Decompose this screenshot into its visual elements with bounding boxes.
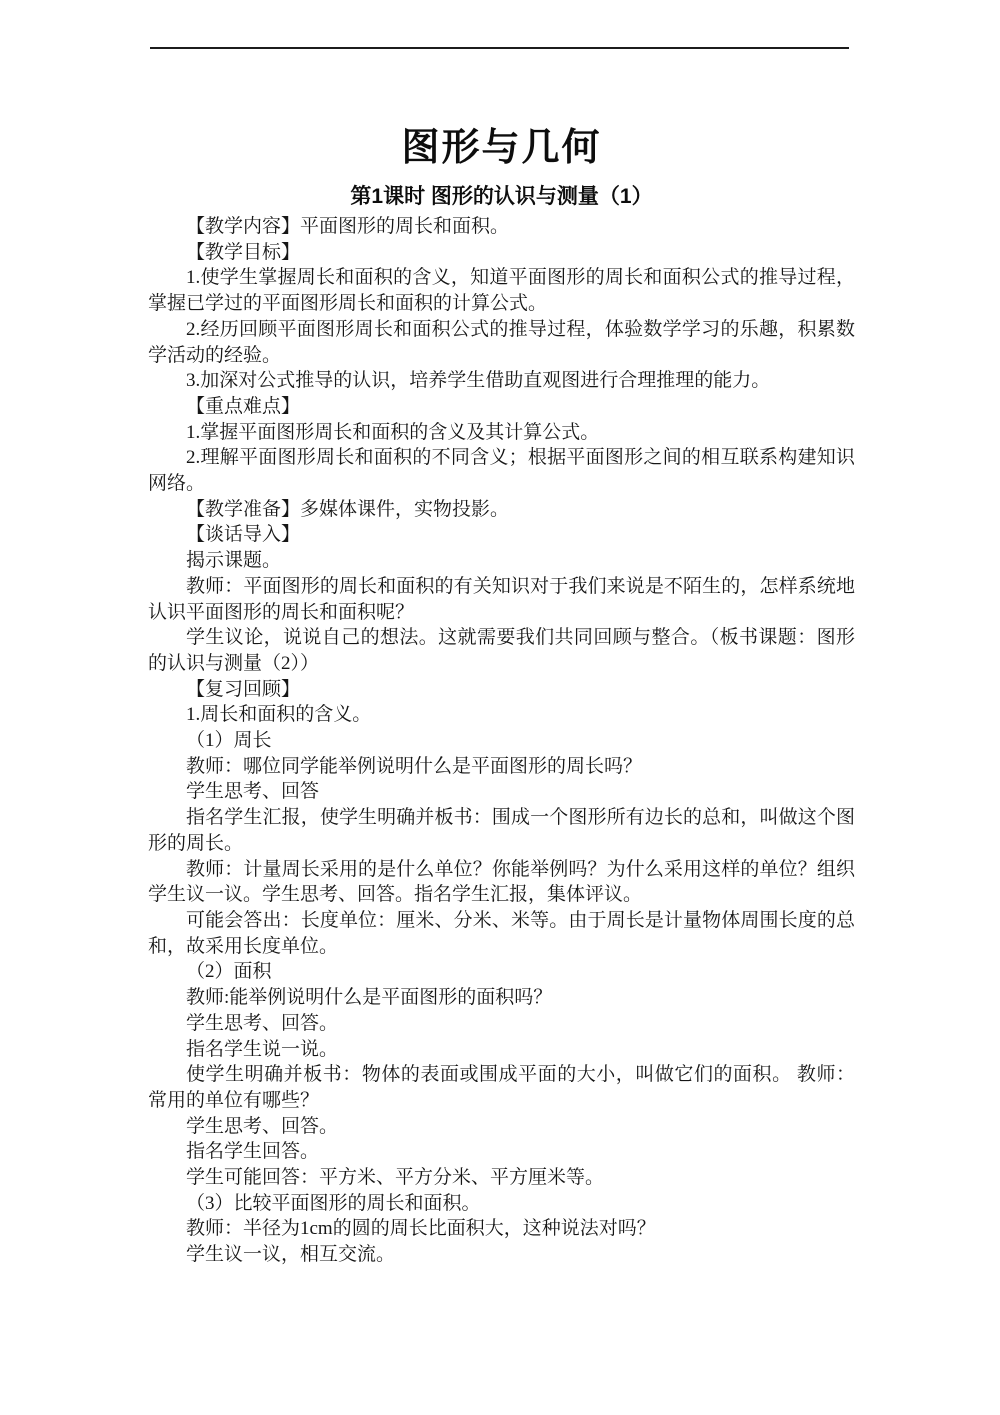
paragraph-29: 学生可能回答：平方米、平方分米、平方厘米等。 — [148, 1165, 855, 1191]
paragraph-30: （3）比较平面图形的周长和面积。 — [148, 1191, 855, 1217]
paragraph-3: 1.使学生掌握周长和面积的含义，知道平面图形的周长和面积公式的推导过程，掌握已学… — [148, 265, 855, 316]
paragraph-28: 指名学生回答。 — [148, 1139, 855, 1165]
paragraph-17: 教师：哪位同学能举例说明什么是平面图形的周长吗？ — [148, 754, 855, 780]
paragraph-19: 指名学生汇报，使学生明确并板书：围成一个图形所有边长的总和，叫做这个图形的周长。 — [148, 805, 855, 856]
paragraph-8: 2.理解平面图形周长和面积的不同含义；根据平面图形之间的相互联系构建知识网络。 — [148, 445, 855, 496]
paragraph-23: 教师:能举例说明什么是平面图形的面积吗？ — [148, 985, 855, 1011]
paragraph-20: 教师：计量周长采用的是什么单位？你能举例吗？为什么采用这样的单位？组织学生议一议… — [148, 857, 855, 908]
paragraph-2: 【教学目标】 — [148, 240, 855, 266]
paragraph-12: 教师：平面图形的周长和面积的有关知识对于我们来说是不陌生的，怎样系统地认识平面图… — [148, 574, 855, 625]
paragraph-10: 【谈话导入】 — [148, 522, 855, 548]
paragraph-18: 学生思考、回答 — [148, 779, 855, 805]
paragraph-13: 学生议论，说说自己的想法。这就需要我们共同回顾与整合。（板书课题：图形的认识与测… — [148, 625, 855, 676]
paragraph-25: 指名学生说一说。 — [148, 1037, 855, 1063]
paragraph-24: 学生思考、回答。 — [148, 1011, 855, 1037]
header-rule — [150, 47, 849, 49]
paragraph-5: 3.加深对公式推导的认识，培养学生借助直观图进行合理推理的能力。 — [148, 368, 855, 394]
paragraph-32: 学生议一议，相互交流。 — [148, 1242, 855, 1268]
document-page: 图形与几何 第1课时 图形的认识与测量（1） 【教学内容】平面图形的周长和面积。… — [0, 0, 1000, 1415]
paragraph-21: 可能会答出：长度单位：厘米、分米、米等。由于周长是计量物体周围长度的总和，故采用… — [148, 908, 855, 959]
document-title: 图形与几何 — [148, 124, 855, 172]
document-body: 【教学内容】平面图形的周长和面积。【教学目标】1.使学生掌握周长和面积的含义，知… — [148, 214, 855, 1268]
paragraph-26: 使学生明确并板书：物体的表面或围成平面的大小，叫做它们的面积。 教师：常用的单位… — [148, 1062, 855, 1113]
paragraph-6: 【重点难点】 — [148, 394, 855, 420]
paragraph-14: 【复习回顾】 — [148, 677, 855, 703]
paragraph-15: 1.周长和面积的含义。 — [148, 702, 855, 728]
paragraph-31: 教师：半径为1cm的圆的周长比面积大，这种说法对吗？ — [148, 1216, 855, 1242]
paragraph-16: （1）周长 — [148, 728, 855, 754]
paragraph-1: 【教学内容】平面图形的周长和面积。 — [148, 214, 855, 240]
paragraph-11: 揭示课题。 — [148, 548, 855, 574]
paragraph-9: 【教学准备】多媒体课件，实物投影。 — [148, 497, 855, 523]
lesson-subtitle: 第1课时 图形的认识与测量（1） — [148, 183, 855, 211]
paragraph-27: 学生思考、回答。 — [148, 1114, 855, 1140]
paragraph-7: 1.掌握平面图形周长和面积的含义及其计算公式。 — [148, 420, 855, 446]
paragraph-22: （2）面积 — [148, 959, 855, 985]
paragraph-4: 2.经历回顾平面图形周长和面积公式的推导过程，体验数学学习的乐趣，积累数学活动的… — [148, 317, 855, 368]
